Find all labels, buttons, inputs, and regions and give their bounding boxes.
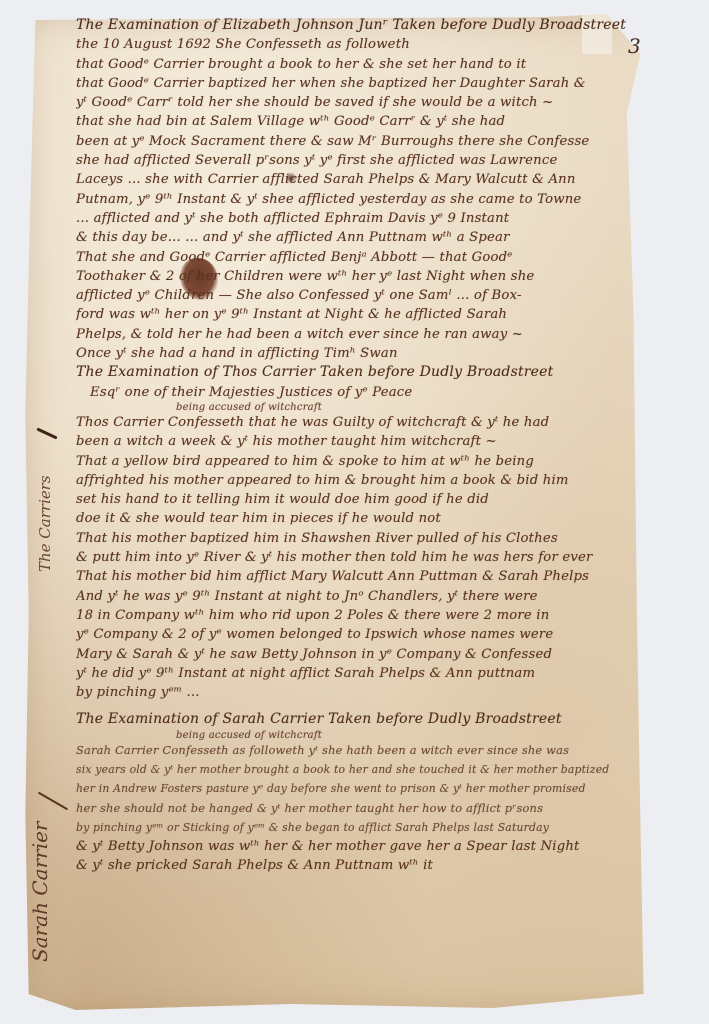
manuscript-line: yᵉ Company & 2 of yᵉ women belonged to I… [76,625,664,644]
manuscript-line: & yᵗ Betty Johnson was wᵗʰ her & her mot… [76,837,664,856]
exam-heading-elizabeth-johnson: The Examination of Elizabeth Johnson Jun… [76,16,664,35]
manuscript-line: ... afflicted and yᵗ she both afflicted … [76,209,664,228]
manuscript-line: she had afflicted Severall pʳsons yᵗ yᵉ … [76,151,664,170]
exam-heading-sarah-carrier: The Examination of Sarah Carrier Taken b… [76,710,664,729]
manuscript-line: doe it & she would tear him in pieces if… [76,509,664,528]
manuscript-line: six years old & yᵗ her mother brought a … [76,760,664,779]
manuscript-line: her she should not be hanged & yᵗ her mo… [76,799,664,818]
exam-heading-continued: Esqʳ one of their Majesties Justices of … [76,383,664,402]
manuscript-line: And yᵗ he was yᵉ 9ᵗʰ Instant at night to… [76,587,664,606]
manuscript-line: Toothaker & 2 of her Children were wᵗʰ h… [76,267,664,286]
manuscript-line: affrighted his mother appeared to him & … [76,471,664,490]
manuscript-line: That his mother baptized him in Shawshen… [76,529,664,548]
manuscript-line: & this day be... ... and yᵗ she afflicte… [76,228,664,247]
manuscript-line: That she and Goodᵉ Carrier afflicted Ben… [76,248,664,267]
margin-note-the-carriers: The Carriers [36,475,54,572]
manuscript-line: that Goodᵉ Carrier brought a book to her… [76,55,664,74]
manuscript-line: been at yᵉ Mock Sacrament there & saw Mʳ… [76,132,664,151]
manuscript-line: been a witch a week & yᵗ his mother taug… [76,432,664,451]
manuscript-line: & yᵗ she pricked Sarah Phelps & Ann Putt… [76,856,664,875]
manuscript-line: yᵗ he did yᵉ 9ᵗʰ Instant at night afflic… [76,664,664,683]
manuscript-line: ford was wᵗʰ her on yᵉ 9ᵗʰ Instant at Ni… [76,305,664,324]
manuscript-line: Mary & Sarah & yᵗ he saw Betty Johnson i… [76,645,664,664]
manuscript-line: by pinching yᵉᵐ or Sticking of yᵉᵐ & she… [76,818,664,837]
manuscript-line: Once yᵗ she had a hand in afflicting Tim… [76,344,664,363]
manuscript-line: Laceys ... she with Carrier afflicted Sa… [76,170,664,189]
manuscript-text: The Examination of Elizabeth Johnson Jun… [76,16,664,876]
manuscript-line: the 10 August 1692 She Confesseth as fol… [76,35,664,54]
manuscript-line: & putt him into yᵉ River & yᵗ his mother… [76,548,664,567]
manuscript-line: set his hand to it telling him it would … [76,490,664,509]
interlinear-note: being accused of witchcraft [76,730,664,741]
margin-note-sarah-carrier: Sarah Carrier [28,822,52,963]
manuscript-line: That his mother bid him afflict Mary Wal… [76,567,664,586]
manuscript-line: afflicted yᵉ Children — She also Confess… [76,286,664,305]
manuscript-line: Putnam, yᵉ 9ᵗʰ Instant & yᵗ shee afflict… [76,190,664,209]
manuscript-line: Phelps, & told her he had been a witch e… [76,325,664,344]
manuscript-line: Thos Carrier Confesseth that he was Guil… [76,413,664,432]
manuscript-line: Sarah Carrier Confesseth as followeth yᵗ… [76,741,664,760]
manuscript-line: yᵗ Goodᵉ Carrʳ told her she should be sa… [76,93,664,112]
manuscript-line: that Goodᵉ Carrier baptized her when she… [76,74,664,93]
manuscript-line: That a yellow bird appeared to him & spo… [76,452,664,471]
manuscript-line: 18 in Company wᵗʰ him who rid upon 2 Pol… [76,606,664,625]
manuscript-line: her in Andrew Fosters pasture yᵉ day bef… [76,779,664,798]
interlinear-note: being accused of witchcraft [76,402,664,413]
exam-heading-thomas-carrier: The Examination of Thos Carrier Taken be… [76,363,664,382]
manuscript-line: by pinching yᵉᵐ ... [76,683,664,702]
manuscript-line: that she had bin at Salem Village wᵗʰ Go… [76,112,664,131]
